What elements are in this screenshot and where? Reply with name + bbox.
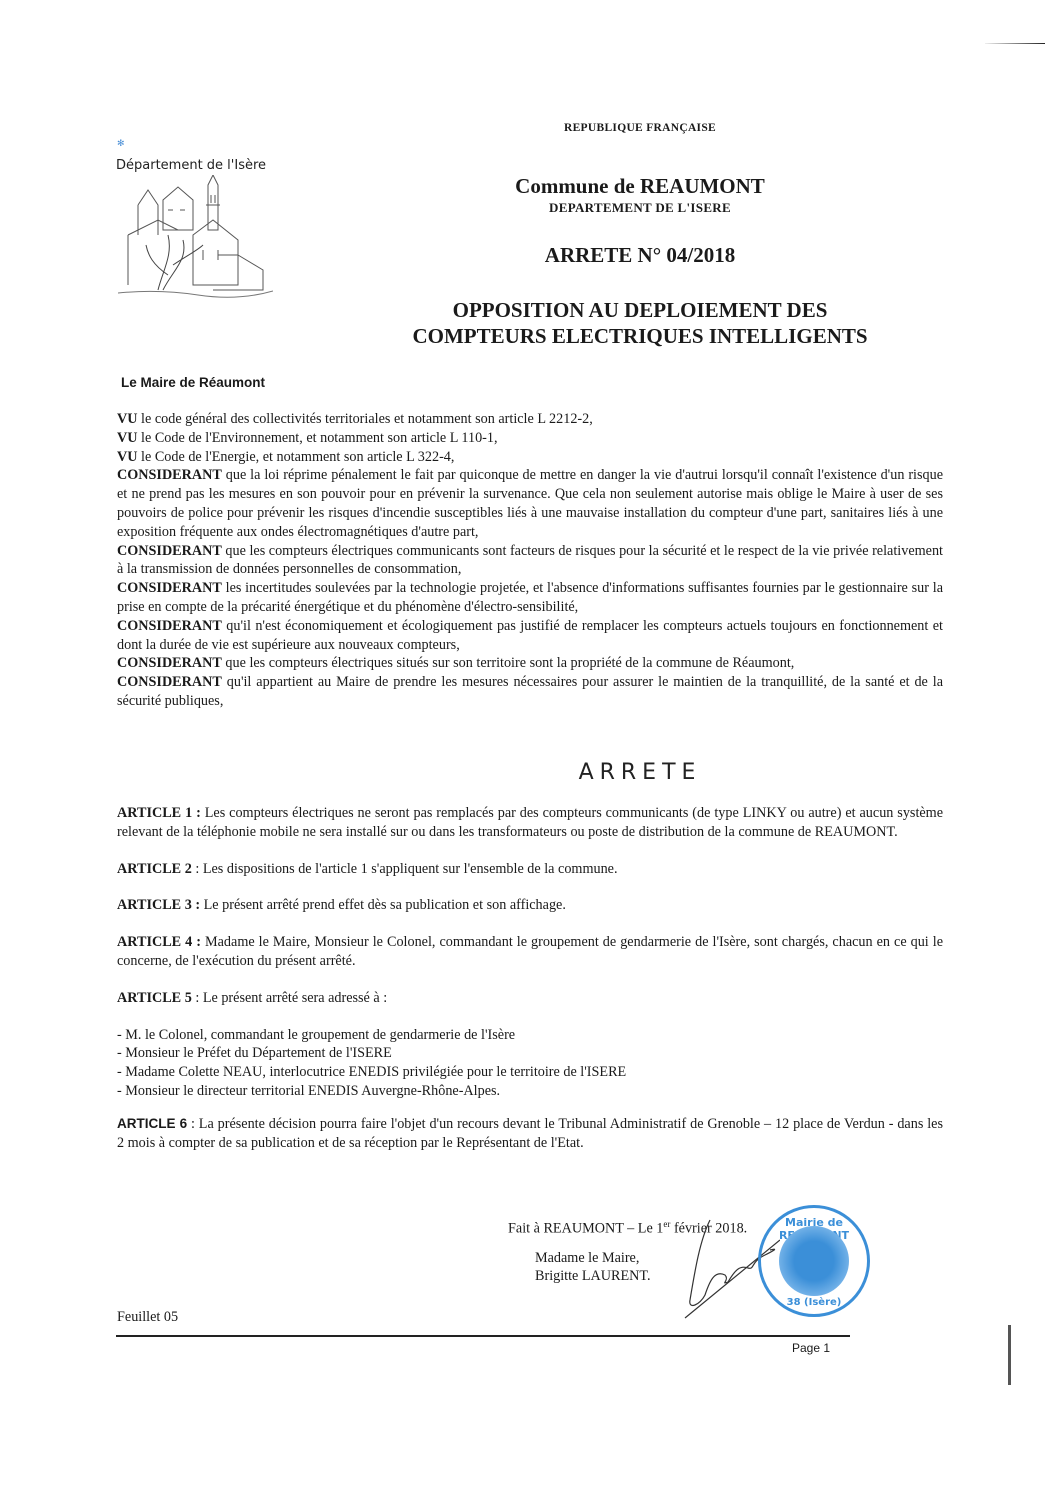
recipient-item: - Madame Colette NEAU, interlocutrice EN… — [117, 1063, 943, 1082]
article-label: ARTICLE 1 : — [117, 805, 201, 821]
commune-heading: Commune de REAUMONT — [360, 174, 920, 199]
article-text: Madame le Maire, Monsieur le Colonel, co… — [117, 934, 943, 969]
article-label: ARTICLE 3 : — [117, 897, 200, 913]
article-5: ARTICLE 5 : Le présent arrêté sera adres… — [117, 989, 943, 1008]
article-6: ARTICLE 6 : La présente décision pourra … — [117, 1115, 943, 1153]
signatory-name: Brigitte LAURENT. — [535, 1267, 651, 1285]
preamble-item: VU le Code de l'Energie, et notamment so… — [117, 448, 943, 467]
stamp-emblem-icon — [779, 1226, 849, 1296]
feuillet-label: Feuillet 05 — [117, 1309, 178, 1326]
preamble-text: le code général des collectivités territ… — [138, 411, 593, 427]
preamble-lead: VU — [117, 411, 138, 427]
maire-heading: Le Maire de Réaumont — [121, 375, 265, 390]
preamble-item: CONSIDERANT que les compteurs électrique… — [117, 542, 943, 580]
article-text: : La présente décision pourra faire l'ob… — [117, 1116, 943, 1151]
preamble-lead: VU — [117, 449, 138, 465]
article-label: ARTICLE 5 — [117, 990, 192, 1006]
preamble-item: CONSIDERANT que les compteurs électrique… — [117, 654, 943, 673]
signatory: Madame le Maire, Brigitte LAURENT. — [535, 1249, 651, 1285]
page-number: Page 1 — [792, 1341, 830, 1355]
article-label: ARTICLE 6 — [117, 1116, 187, 1131]
footer-divider — [116, 1335, 850, 1337]
departement-heading: DEPARTEMENT DE L'ISERE — [360, 200, 920, 216]
article-1: ARTICLE 1 : Les compteurs électriques ne… — [117, 804, 943, 842]
article-2: ARTICLE 2 : Les dispositions de l'articl… — [117, 860, 943, 879]
preamble-text: que les compteurs électriques situés sur… — [222, 655, 794, 671]
document-title: OPPOSITION AU DEPLOIEMENT DES COMPTEURS … — [360, 297, 920, 349]
arrete-number: ARRETE N° 04/2018 — [360, 243, 920, 268]
signatory-role: Madame le Maire, — [535, 1249, 651, 1267]
preamble-lead: CONSIDERANT — [117, 618, 222, 634]
preamble-lead: CONSIDERANT — [117, 580, 222, 596]
preamble-lead: VU — [117, 430, 138, 446]
recipient-list: - M. le Colonel, commandant le groupemen… — [117, 1026, 943, 1101]
preamble-text: qu'il appartient au Maire de prendre les… — [117, 674, 943, 709]
preamble-item: VU le Code de l'Environnement, et notamm… — [117, 429, 943, 448]
article-label: ARTICLE 4 : — [117, 934, 201, 950]
preamble-lead: CONSIDERANT — [117, 467, 222, 483]
article-text: Le présent arrêté prend effet dès sa pub… — [200, 897, 566, 913]
preamble-text: que les compteurs électriques communican… — [117, 543, 943, 578]
preamble-text: que la loi réprime pénalement le fait pa… — [117, 467, 943, 539]
scan-artifact-line — [985, 43, 1045, 44]
preamble-text: le Code de l'Environnement, et notamment… — [138, 430, 498, 446]
preamble-item: CONSIDERANT qu'il n'est économiquement e… — [117, 617, 943, 655]
recipient-item: - M. le Colonel, commandant le groupemen… — [117, 1026, 943, 1045]
recipient-item: - Monsieur le Préfet du Département de l… — [117, 1044, 943, 1063]
article-label: ARTICLE 2 — [117, 861, 192, 877]
article-4: ARTICLE 4 : Madame le Maire, Monsieur le… — [117, 933, 943, 971]
recipient-item: - Monsieur le directeur territorial ENED… — [117, 1082, 943, 1101]
title-line-1: OPPOSITION AU DEPLOIEMENT DES — [360, 297, 920, 323]
preamble-item: CONSIDERANT les incertitudes soulevées p… — [117, 579, 943, 617]
republique-heading: REPUBLIQUE FRANÇAISE — [360, 122, 920, 134]
arrete-heading: ARRETE — [360, 760, 920, 785]
article-text: Les compteurs électriques ne seront pas … — [117, 805, 943, 840]
stamp-bottom-text: 38 (Isère) — [761, 1297, 867, 1308]
place-date-prefix: Fait à REAUMONT – Le 1 — [508, 1221, 663, 1237]
preamble-item: VU le code général des collectivités ter… — [117, 410, 943, 429]
preamble: VU le code général des collectivités ter… — [117, 410, 943, 711]
department-label: Département de l'Isère — [116, 158, 266, 173]
preamble-item: CONSIDERANT qu'il appartient au Maire de… — [117, 673, 943, 711]
preamble-lead: CONSIDERANT — [117, 655, 222, 671]
isere-logo-icon: ✻ — [117, 138, 125, 149]
preamble-text: qu'il n'est économiquement et écologique… — [117, 618, 943, 653]
village-church-illustration — [118, 175, 273, 300]
scan-artifact-edge — [1008, 1325, 1011, 1385]
article-text: : Le présent arrêté sera adressé à : — [192, 990, 387, 1006]
preamble-lead: CONSIDERANT — [117, 674, 222, 690]
official-stamp: Mairie de REAUMONT 38 (Isère) — [758, 1205, 870, 1317]
preamble-text: le Code de l'Energie, et notamment son a… — [138, 449, 455, 465]
preamble-item: CONSIDERANT que la loi réprime pénalemen… — [117, 466, 943, 541]
article-text: : Les dispositions de l'article 1 s'appl… — [192, 861, 618, 877]
articles: ARTICLE 1 : Les compteurs électriques ne… — [117, 804, 943, 1166]
article-3: ARTICLE 3 : Le présent arrêté prend effe… — [117, 896, 943, 915]
title-line-2: COMPTEURS ELECTRIQUES INTELLIGENTS — [360, 323, 920, 349]
preamble-text: les incertitudes soulevées par la techno… — [117, 580, 943, 615]
preamble-lead: CONSIDERANT — [117, 543, 222, 559]
